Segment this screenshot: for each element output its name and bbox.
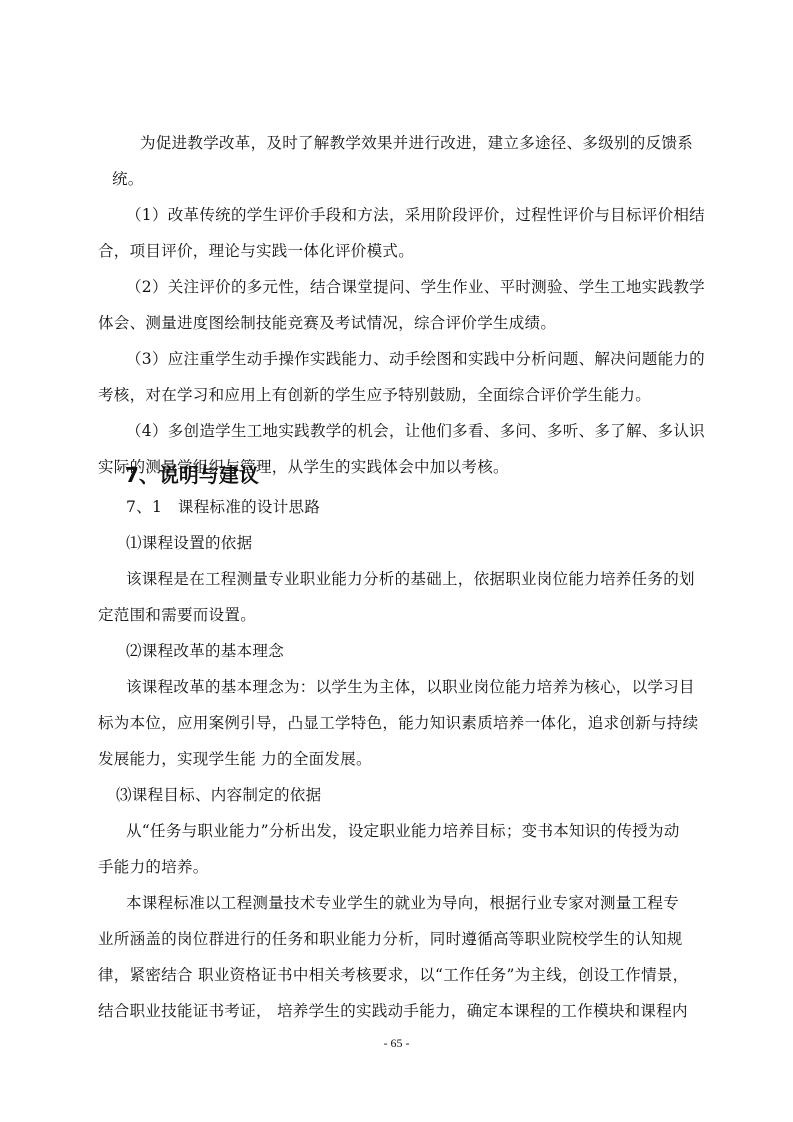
item-1-line-1: （1）改革传统的学生评价手段和方法，采用阶段评价，过程性评价与目标评价相结 — [126, 205, 705, 225]
final-line-1: 本课程标准以工程测量技术专业学生的就业为导向，根据行业专家对测量工程专 — [126, 893, 679, 913]
item-4-line-1: （4）多创造学生工地实践教学的机会，让他们多看、多问、多听、多了解、多认识 — [126, 421, 705, 441]
item-3-line-1: （3）应注重学生动手操作实践能力、动手绘图和实践中分析问题、解决问题能力的 — [126, 349, 705, 369]
final-line-2: 业所涵盖的岗位群进行的任务和职业能力分析，同时遵循高等职业院校学生的认知规 — [98, 929, 683, 949]
subsection-title: 7、1 课程标准的设计思路 — [126, 497, 320, 517]
intro-line-1: 为促进教学改革，及时了解教学效果并进行改进，建立多途径、多级别的反馈系 — [140, 133, 693, 153]
item-2-line-2: 体会、测量进度图绘制技能竞赛及考试情况，综合评价学生成绩。 — [98, 313, 556, 333]
sub2-line-2: 标为本位，应用案例引导，凸显工学特色，能力知识素质培养一体化，追求创新与持续 — [98, 713, 698, 733]
sub3-line-2: 手能力的培养。 — [98, 857, 209, 877]
final-line-3: 律，紧密结合 职业资格证书中相关考核要求，以“工作任务”为主线，创设工作情景， — [98, 965, 688, 985]
intro-line-2: 统。 — [112, 169, 144, 189]
item-2-line-1: （2）关注评价的多元性，结合课堂提问、学生作业、平时测验、学生工地实践教学 — [126, 277, 705, 297]
sub2-line-3: 发展能力，实现学生能 力的全面发展。 — [98, 749, 372, 769]
sub1-line-1: 该课程是在工程测量专业职业能力分析的基础上，依据职业岗位能力培养任务的划 — [126, 569, 695, 589]
sub1-line-2: 定范围和需要而设置。 — [98, 605, 256, 625]
sub2-title: ⑵课程改革的基本理念 — [126, 641, 284, 661]
sub1-title: ⑴课程设置的依据 — [126, 533, 252, 553]
sub3-title: ⑶课程目标、内容制定的依据 — [116, 785, 321, 805]
item-3-line-2: 考核，对在学习和应用上有创新的学生应予特别鼓励，全面综合评价学生能力。 — [98, 385, 651, 405]
section-heading: 7、说明与建议 — [125, 462, 259, 488]
sub2-line-1: 该课程改革的基本理念为：以学生为主体，以职业岗位能力培养为核心，以学习目 — [126, 677, 695, 697]
page-number: - 65 - — [0, 1036, 793, 1051]
item-1-line-2: 合，项目评价，理论与实践一体化评价模式。 — [98, 241, 414, 261]
final-line-4: 结合职业技能证书考证， 培养学生的实践动手能力，确定本课程的工作模块和课程内 — [98, 1001, 688, 1021]
sub3-line-1: 从“任务与职业能力”分析出发，设定职业能力培养目标；变书本知识的传授为动 — [126, 821, 680, 841]
document-page: 为促进教学改革，及时了解教学效果并进行改进，建立多途径、多级别的反馈系 统。 （… — [0, 0, 793, 1122]
